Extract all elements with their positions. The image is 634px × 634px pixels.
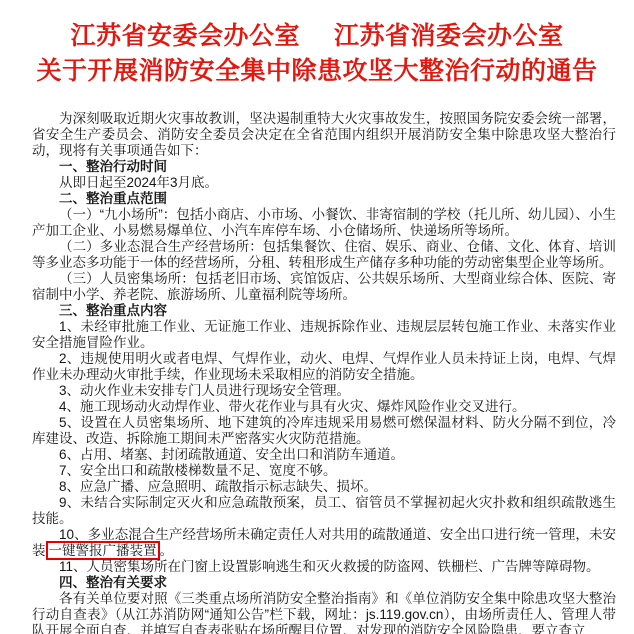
section-heading: 四、整治有关要求 xyxy=(32,575,616,591)
section-heading: 三、整治重点内容 xyxy=(32,303,616,319)
paragraph: 2、违规使用明火或者电焊、气焊作业，动火、电焊、气焊作业人员未持证上岗，电焊、气… xyxy=(32,351,616,383)
paragraph: 10、多业态混合生产经营场所未确定责任人对共用的疏散通道、安全出口进行统一管理，… xyxy=(32,527,616,559)
highlight-red-box: 一键警报广播装置 xyxy=(46,541,160,560)
paragraph: （一）“九小场所”：包括小商店、小市场、小餐饮、非寄宿制的学校（托儿所、幼儿园）… xyxy=(32,207,616,239)
paragraph: 各有关单位要对照《三类重点场所消防安全整治指南》和《单位消防安全集中除患攻坚大整… xyxy=(32,591,616,634)
paragraph: （二）多业态混合生产经营场所：包括集餐饮、住宿、娱乐、商业、仓储、文化、体育、培… xyxy=(32,239,616,271)
section-heading: 一、整治行动时间 xyxy=(32,159,616,175)
paragraph: 7、安全出口和疏散楼梯数量不足、宽度不够。 xyxy=(32,463,616,479)
paragraph: 3、动火作业未安排专门人员进行现场安全管理。 xyxy=(32,383,616,399)
title-subject: 关于开展消防安全集中除患攻坚大整治行动的通告 xyxy=(0,54,634,89)
section-heading: 二、整治重点范围 xyxy=(32,191,616,207)
title-line-organizations: 江苏省安委会办公室江苏省消委会办公室 xyxy=(0,19,634,54)
paragraph: 9、未结合实际制定灭火和应急疏散预案，员工、宿管员不掌握初起火灾扑救和组织疏散逃… xyxy=(32,495,616,527)
paragraph: 8、应急广播、应急照明、疏散指示标志缺失、损坏。 xyxy=(32,479,616,495)
paragraph: 从即日起至2024年3月底。 xyxy=(32,175,616,191)
paragraph: 1、未经审批施工作业、无证施工作业、违规拆除作业、违规层层转包施工作业、未落实作… xyxy=(32,319,616,351)
paragraph: 4、施工现场动火动焊作业、带火花作业与具有火灾、爆炸风险作业交叉进行。 xyxy=(32,399,616,415)
paragraph: （三）人员密集场所：包括老旧市场、宾馆饭店、公共娱乐场所、大型商业综合体、医院、… xyxy=(32,271,616,303)
title-org-right: 江苏省消委会办公室 xyxy=(334,22,564,50)
title-org-left: 江苏省安委会办公室 xyxy=(70,22,300,50)
document-body: 为深刻吸取近期火灾事故教训，坚决遏制重特大火灾事故发生，按照国务院安委会统一部署… xyxy=(32,111,616,634)
paragraph: 11、人员密集场所在门窗上设置影响逃生和灭火救援的防盗网、铁栅栏、广告牌等障碍物… xyxy=(32,559,616,575)
paragraph: 6、占用、堵塞、封闭疏散通道、安全出口和消防车通道。 xyxy=(32,447,616,463)
paragraph: 5、设置在人员密集场所、地下建筑的冷库违规采用易燃可燃保温材料、防火分隔不到位，… xyxy=(32,415,616,447)
paragraph: 为深刻吸取近期火灾事故教训，坚决遏制重特大火灾事故发生，按照国务院安委会统一部署… xyxy=(32,111,616,159)
document-title: 江苏省安委会办公室江苏省消委会办公室 关于开展消防安全集中除患攻坚大整治行动的通… xyxy=(0,19,634,89)
notice-document-page: 江苏省安委会办公室江苏省消委会办公室 关于开展消防安全集中除患攻坚大整治行动的通… xyxy=(0,0,634,634)
